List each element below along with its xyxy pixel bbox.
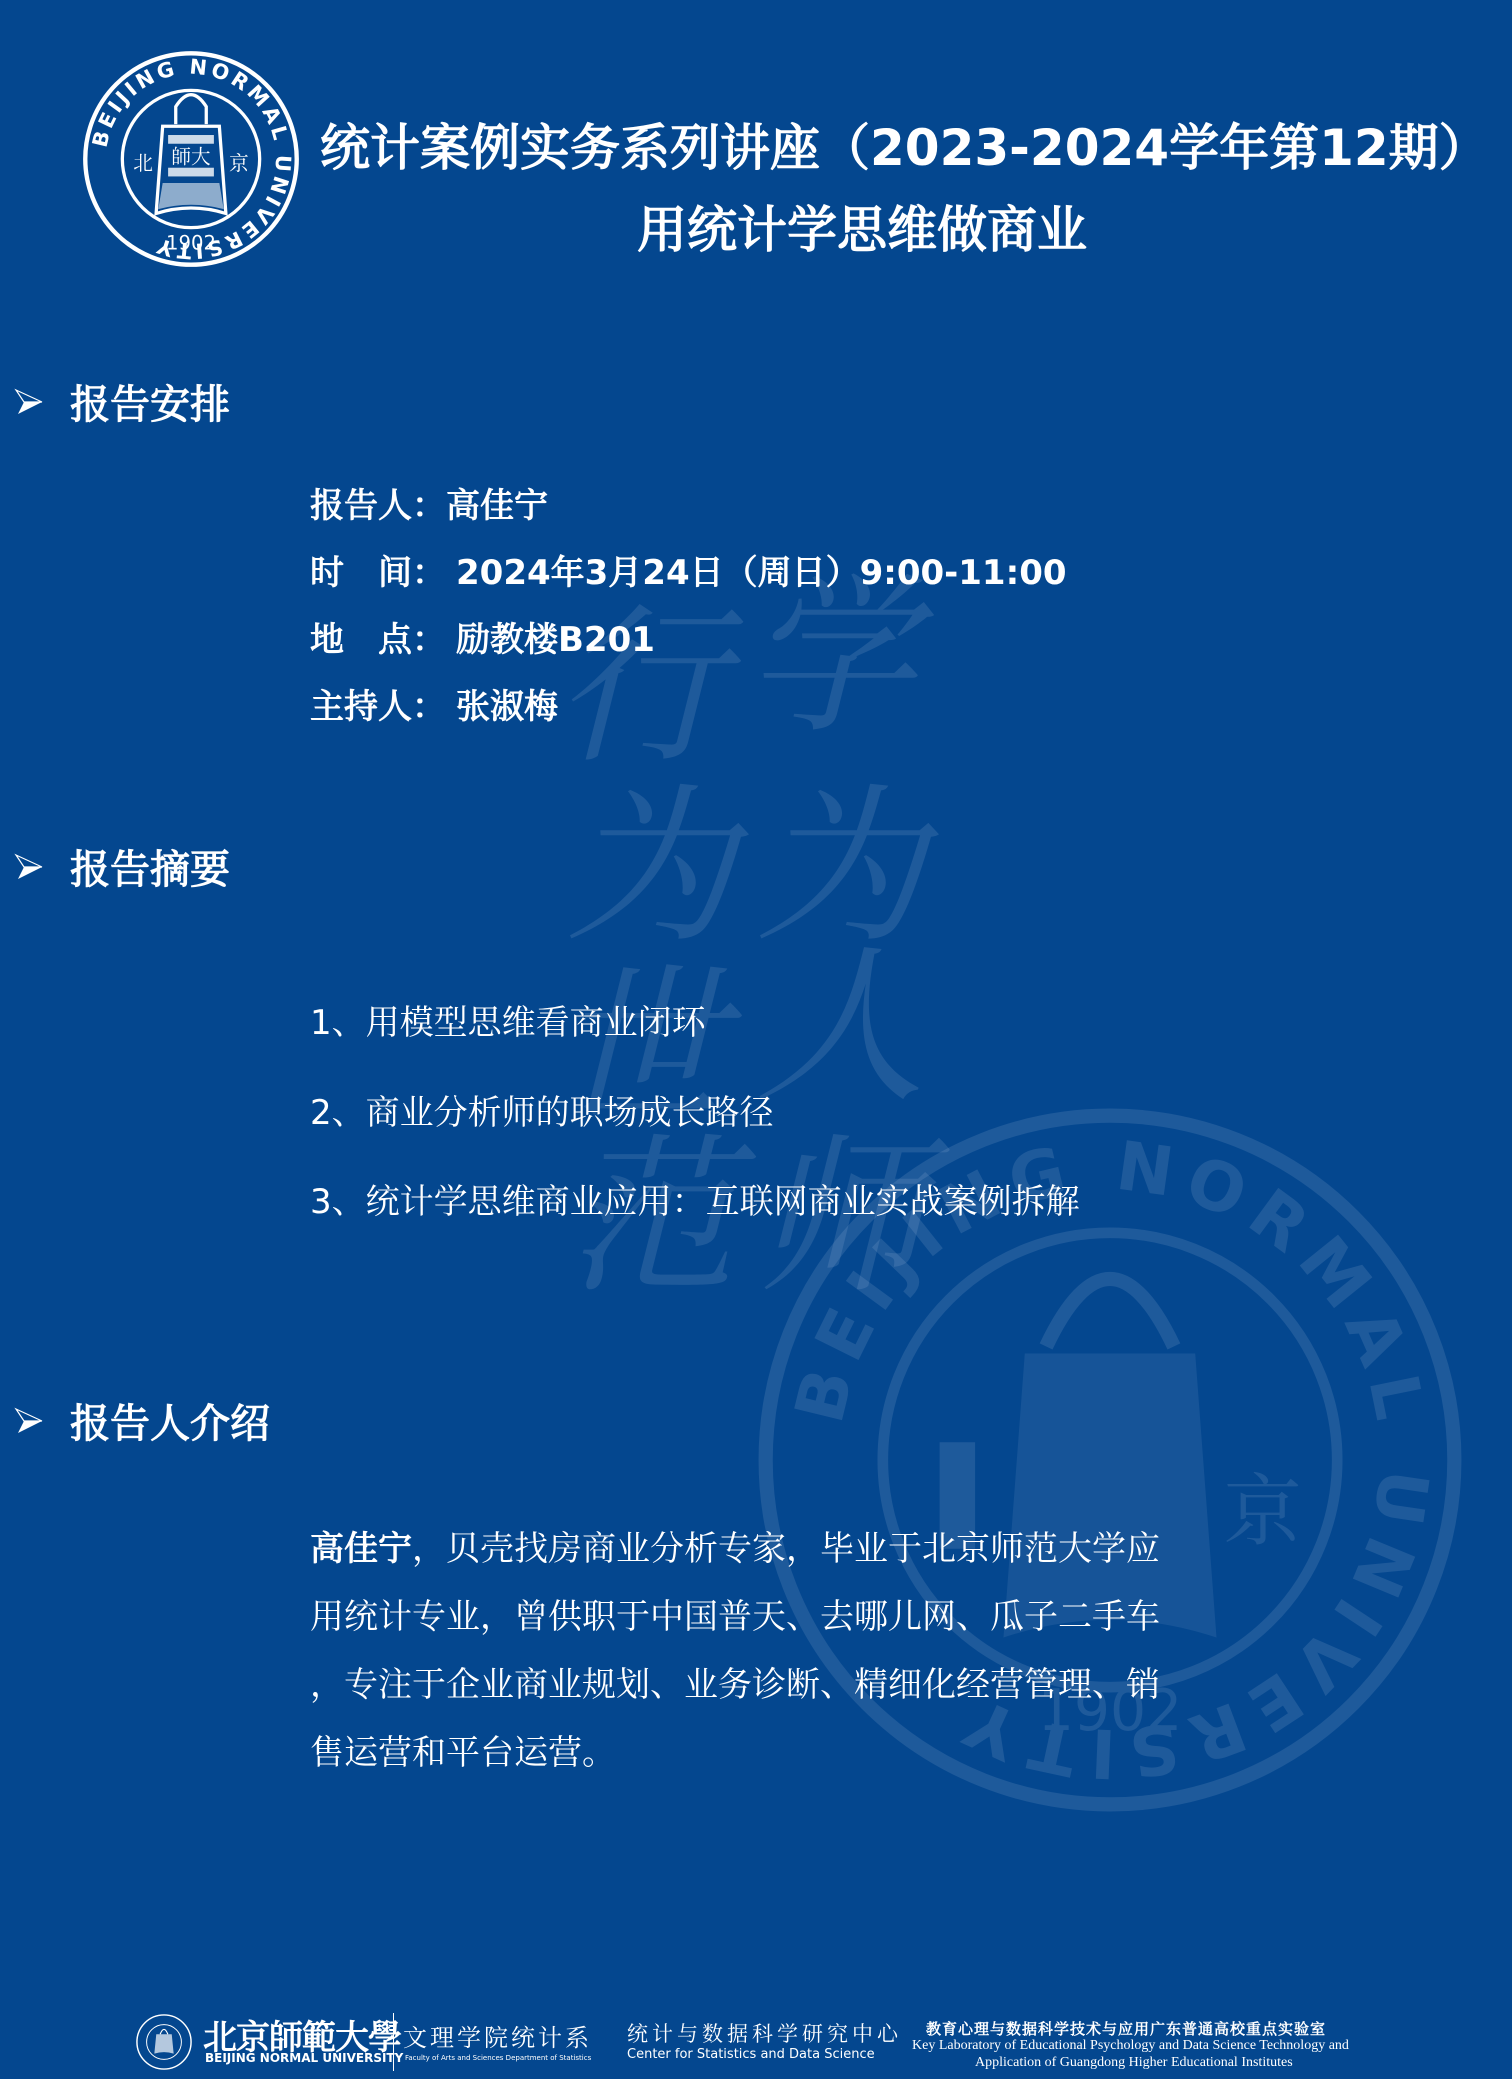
footer-lab-en-line1: Key Laboratory of Educational Psychology… xyxy=(912,2038,1349,2054)
svg-text:京: 京 xyxy=(229,152,249,175)
footer-faculty-cn: 文理学院统计系 xyxy=(403,2018,592,2053)
page-subtitle: 用统计学思维做商业 xyxy=(0,190,1512,262)
bio-line: 售运营和平台运营。 xyxy=(310,1719,1250,1787)
section-heading-label: 报告摘要 xyxy=(70,838,230,895)
row-label: 报告人： xyxy=(310,478,446,527)
abstract-item: 1、用模型思维看商业闭环 xyxy=(310,995,706,1044)
bio-line: 用统计专业，曾供职于中国普天、去哪儿网、瓜子二手车 xyxy=(310,1583,1250,1651)
row-value: 高佳宁 xyxy=(446,486,548,526)
footer-lab-cn: 教育心理与数据科学技术与应用广东普通高校重点实验室 xyxy=(926,2018,1326,2039)
section-heading-abstract: 报告摘要 xyxy=(14,838,230,895)
row-label: 时 间： xyxy=(310,545,446,594)
abstract-item: 2、商业分析师的职场成长路径 xyxy=(310,1085,774,1134)
row-value: 励教楼B201 xyxy=(456,620,655,660)
footer-center-cn: 统计与数据科学研究中心 xyxy=(627,2018,902,2048)
speaker-name: 高佳宁 xyxy=(310,1529,412,1569)
page-title: 统计案例实务系列讲座（2023-2024学年第12期） xyxy=(320,108,1489,180)
abstract-item: 3、统计学思维商业应用：互联网商业实战案例拆解 xyxy=(310,1174,1080,1223)
bio-line: 高佳宁，贝壳找房商业分析专家，毕业于北京师范大学应 xyxy=(310,1515,1250,1583)
row-value: 2024年3月24日（周日）9:00-11:00 xyxy=(456,553,1067,593)
schedule-row-host: 主持人：张淑梅 xyxy=(310,679,558,728)
svg-text:師大: 師大 xyxy=(171,145,211,168)
section-heading-label: 报告人介绍 xyxy=(70,1392,270,1449)
arrow-bullet-icon xyxy=(14,387,44,417)
section-heading-schedule: 报告安排 xyxy=(14,373,230,430)
footer-faculty-en: Faculty of Arts and Sciences Department … xyxy=(405,2054,591,2062)
footer-bnu-name-en: BEIJING NORMAL UNIVERSITY xyxy=(205,2051,403,2065)
section-heading-speaker: 报告人介绍 xyxy=(14,1392,270,1449)
section-heading-label: 报告安排 xyxy=(70,373,230,430)
row-label: 主持人： xyxy=(310,679,446,728)
speaker-bio: 高佳宁，贝壳找房商业分析专家，毕业于北京师范大学应 用统计专业，曾供职于中国普天… xyxy=(310,1515,1250,1787)
arrow-bullet-icon xyxy=(14,1406,44,1436)
svg-text:北: 北 xyxy=(133,152,153,175)
footer-seal-icon xyxy=(135,2013,193,2071)
footer-center-en: Center for Statistics and Data Science xyxy=(627,2047,875,2062)
schedule-row-location: 地 点：励教楼B201 xyxy=(310,612,655,661)
footer-divider xyxy=(393,2013,394,2071)
row-label: 地 点： xyxy=(310,612,446,661)
arrow-bullet-icon xyxy=(14,852,44,882)
bio-line: ，专注于企业商业规划、业务诊断、精细化经营管理、销 xyxy=(310,1651,1250,1719)
schedule-row-speaker: 报告人：高佳宁 xyxy=(310,478,548,527)
schedule-row-time: 时 间：2024年3月24日（周日）9:00-11:00 xyxy=(310,545,1067,594)
row-value: 张淑梅 xyxy=(456,687,558,727)
footer-lab-en-line2: Application of Guangdong Higher Educatio… xyxy=(975,2055,1293,2071)
